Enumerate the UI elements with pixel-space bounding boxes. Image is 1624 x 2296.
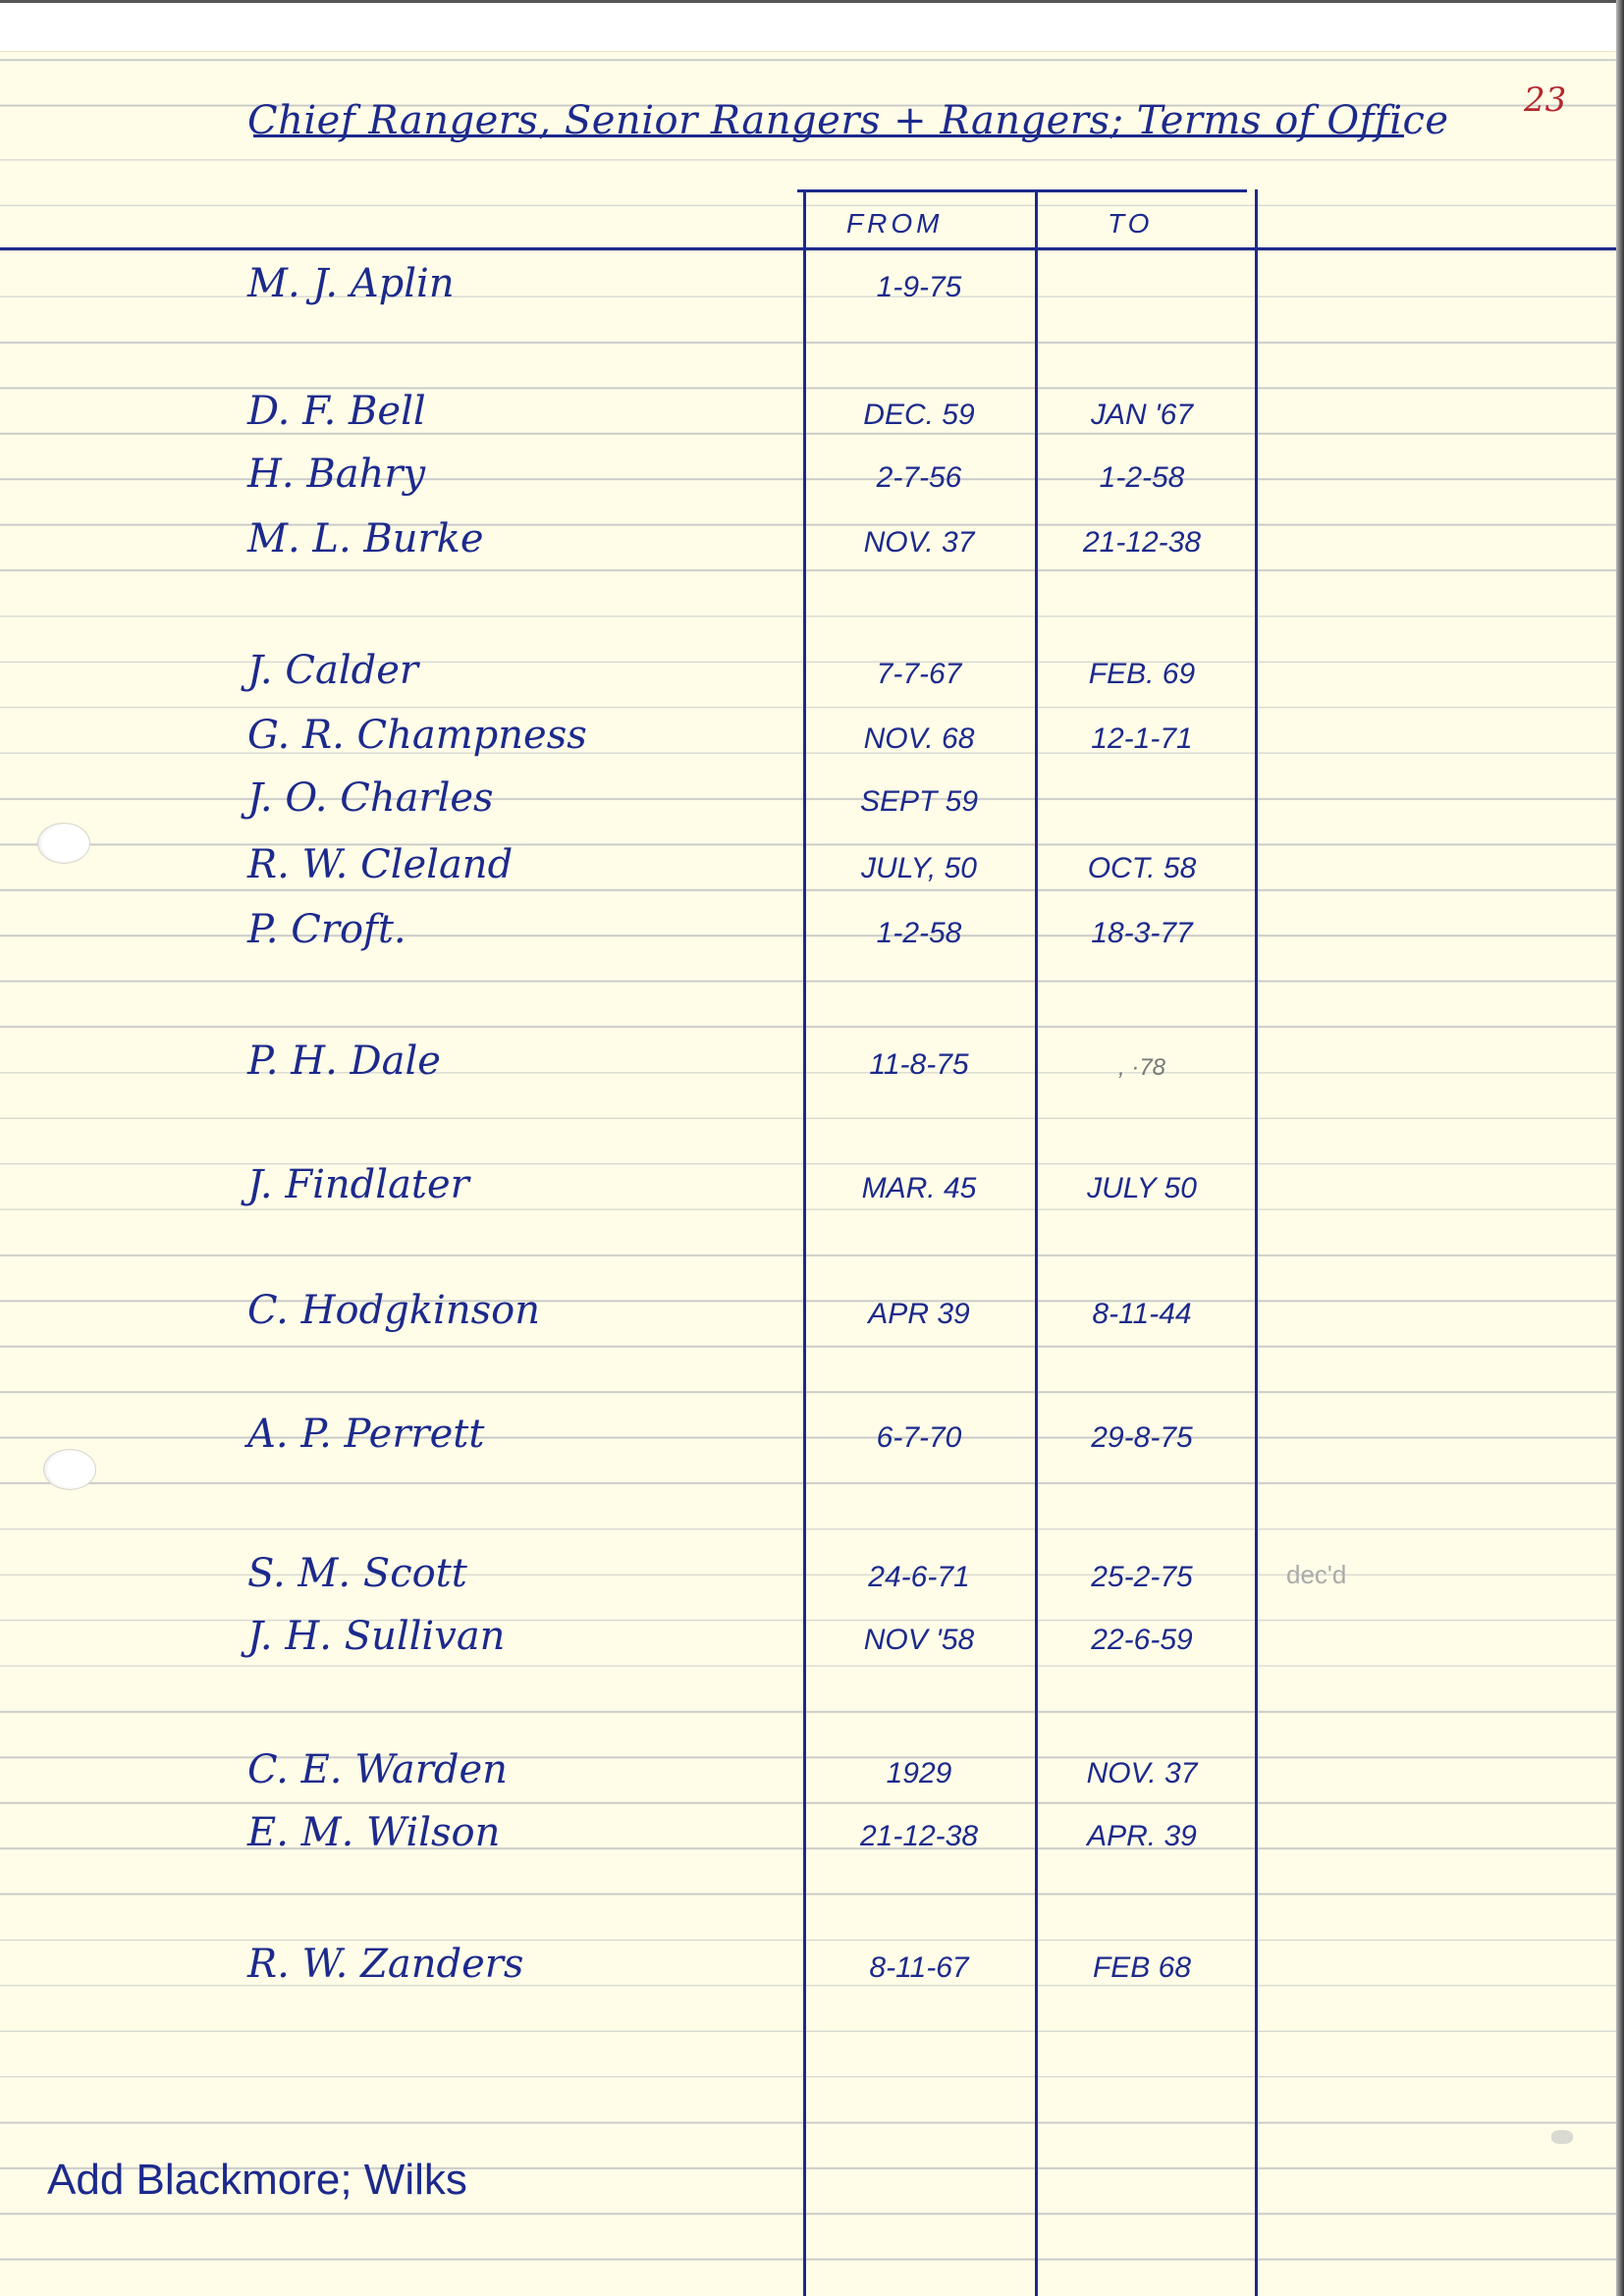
term-to: 29-8-75 bbox=[1039, 1421, 1245, 1455]
term-from: MAR. 45 bbox=[811, 1172, 1027, 1205]
table-row: H. Bahry2-7-561-2-58 bbox=[0, 454, 1616, 499]
term-to: FEB 68 bbox=[1039, 1951, 1245, 1985]
term-to: 8-11-44 bbox=[1039, 1298, 1245, 1331]
term-from: NOV. 37 bbox=[811, 526, 1027, 560]
ranger-name: R. W. Zanders bbox=[247, 1942, 523, 1987]
table-row: S. M. Scott24-6-7125-2-75dec'd bbox=[0, 1553, 1616, 1598]
term-to: JULY 50 bbox=[1039, 1172, 1245, 1205]
table-row: E. M. Wilson21-12-38APR. 39 bbox=[0, 1812, 1616, 1857]
term-from: SEPT 59 bbox=[811, 785, 1027, 819]
term-to: NOV. 37 bbox=[1039, 1757, 1245, 1790]
ranger-name: C. Hodgkinson bbox=[247, 1288, 540, 1333]
table-row: A. P. Perrett6-7-7029-8-75 bbox=[0, 1414, 1616, 1459]
term-from: NOV. 68 bbox=[811, 722, 1027, 756]
term-from: DEC. 59 bbox=[811, 399, 1027, 432]
scan-top-border bbox=[0, 0, 1624, 3]
header-rule bbox=[0, 247, 1616, 250]
ranger-name: D. F. Bell bbox=[247, 389, 426, 434]
term-from: 1929 bbox=[811, 1757, 1027, 1790]
ranger-name: J. O. Charles bbox=[247, 775, 494, 821]
ranger-name: M. L. Burke bbox=[247, 516, 484, 561]
term-from: 7-7-67 bbox=[811, 658, 1027, 691]
term-to: 21-12-38 bbox=[1039, 526, 1245, 560]
term-from: 1-9-75 bbox=[811, 271, 1027, 304]
term-to: OCT. 58 bbox=[1039, 852, 1245, 885]
term-from: 24-6-71 bbox=[811, 1561, 1027, 1594]
table-row: C. E. Warden1929NOV. 37 bbox=[0, 1749, 1616, 1794]
table-row: J. H. SullivanNOV '5822-6-59 bbox=[0, 1616, 1616, 1661]
term-from: JULY, 50 bbox=[811, 852, 1027, 885]
term-from: APR 39 bbox=[811, 1298, 1027, 1331]
table-row: P. H. Dale11-8-75, ·78 bbox=[0, 1041, 1616, 1086]
term-to: , ·78 bbox=[1039, 1054, 1245, 1082]
ranger-name: M. J. Aplin bbox=[247, 261, 455, 306]
title-underline bbox=[253, 134, 1404, 137]
column-header-to: TO bbox=[1108, 208, 1153, 240]
ranger-name: R. W. Cleland bbox=[247, 842, 513, 887]
ranger-name: H. Bahry bbox=[247, 452, 425, 497]
ranger-name: E. M. Wilson bbox=[247, 1810, 500, 1855]
ranger-name: P. H. Dale bbox=[247, 1039, 441, 1084]
term-to: APR. 39 bbox=[1039, 1820, 1245, 1853]
term-from: 2-7-56 bbox=[811, 461, 1027, 495]
ranger-name: J. H. Sullivan bbox=[247, 1614, 505, 1659]
term-to: JAN '67 bbox=[1039, 399, 1245, 432]
page-number: 23 bbox=[1524, 80, 1566, 120]
table-row: G. R. ChampnessNOV. 6812-1-71 bbox=[0, 715, 1616, 760]
column-header-top-rule bbox=[797, 189, 1247, 192]
table-row: J. O. CharlesSEPT 59 bbox=[0, 777, 1616, 823]
ranger-name: A. P. Perrett bbox=[247, 1412, 484, 1457]
term-from: NOV '58 bbox=[811, 1624, 1027, 1657]
term-from: 1-2-58 bbox=[811, 917, 1027, 950]
table-row: J. FindlaterMAR. 45JULY 50 bbox=[0, 1164, 1616, 1209]
table-row: R. W. Zanders8-11-67FEB 68 bbox=[0, 1944, 1616, 1989]
scan-right-border bbox=[1616, 0, 1624, 2296]
ranger-name: C. E. Warden bbox=[247, 1747, 508, 1792]
term-to: FEB. 69 bbox=[1039, 658, 1245, 691]
table-row: P. Croft.1-2-5818-3-77 bbox=[0, 909, 1616, 954]
term-to: 25-2-75 bbox=[1039, 1561, 1245, 1594]
term-from: 11-8-75 bbox=[811, 1048, 1027, 1082]
table-row: D. F. BellDEC. 59JAN '67 bbox=[0, 391, 1616, 436]
table-row: M. J. Aplin1-9-75 bbox=[0, 263, 1616, 308]
margin-note: dec'd bbox=[1286, 1560, 1346, 1590]
term-to: 18-3-77 bbox=[1039, 917, 1245, 950]
term-from: 8-11-67 bbox=[811, 1951, 1027, 1985]
ranger-name: G. R. Champness bbox=[247, 713, 587, 758]
term-from: 21-12-38 bbox=[811, 1820, 1027, 1853]
ranger-name: J. Calder bbox=[247, 648, 418, 693]
ranger-name: J. Findlater bbox=[247, 1162, 469, 1207]
ink-smudge bbox=[1551, 2130, 1573, 2144]
table-row: J. Calder7-7-67FEB. 69 bbox=[0, 650, 1616, 695]
term-to: 22-6-59 bbox=[1039, 1624, 1245, 1657]
column-header-from: FROM bbox=[846, 208, 943, 240]
table-row: C. HodgkinsonAPR 398-11-44 bbox=[0, 1290, 1616, 1335]
term-to: 12-1-71 bbox=[1039, 722, 1245, 756]
term-from: 6-7-70 bbox=[811, 1421, 1027, 1455]
term-to: 1-2-58 bbox=[1039, 461, 1245, 495]
footer-note: Add Blackmore; Wilks bbox=[47, 2156, 467, 2205]
table-row: R. W. ClelandJULY, 50OCT. 58 bbox=[0, 844, 1616, 889]
ranger-name: P. Croft. bbox=[247, 907, 406, 952]
ranger-name: S. M. Scott bbox=[247, 1551, 467, 1596]
table-row: M. L. BurkeNOV. 3721-12-38 bbox=[0, 518, 1616, 563]
